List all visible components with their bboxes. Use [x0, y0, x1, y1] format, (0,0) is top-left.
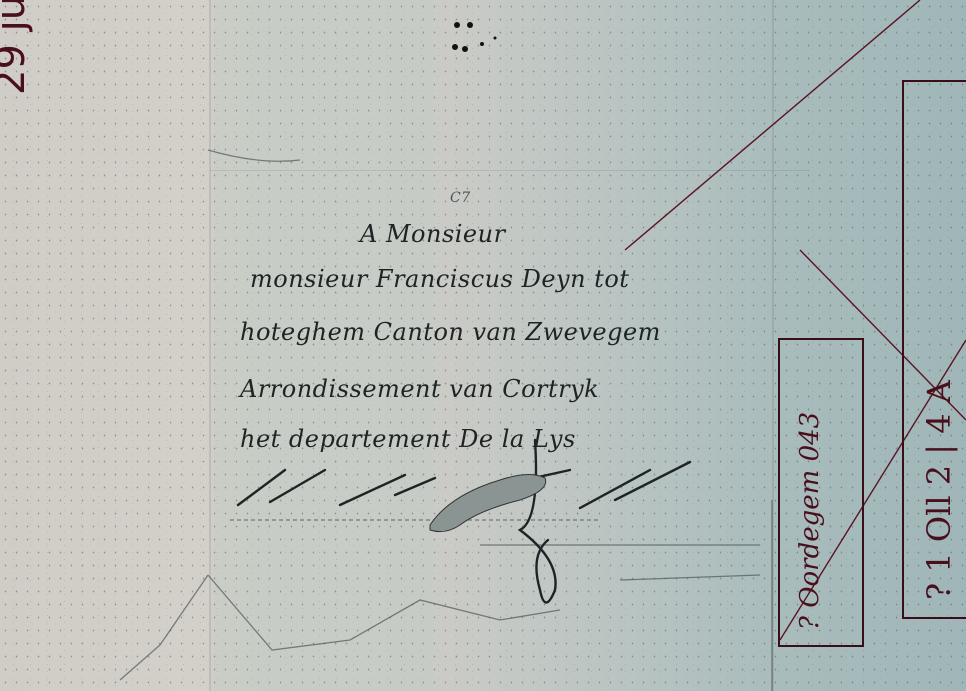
address-line-3: hoteghem Canton van Zwevegem	[240, 318, 661, 346]
archival-label-right-text: ? 1 Oll 2 | 4 A	[920, 380, 958, 600]
address-line-2: monsieur Franciscus Deyn tot	[250, 265, 629, 293]
stamp-mark: C7	[450, 190, 471, 206]
address-line-5: het departement De la Lys	[240, 425, 576, 453]
address-line-1: A Monsieur	[360, 220, 506, 248]
address-line-4: Arrondissement van Cortryk	[240, 375, 599, 403]
archival-label-left-text: ? Oordegem 043	[795, 412, 825, 630]
margin-note: 29 jun	[0, 0, 34, 95]
scanned-document: 29 jun C7 A Monsieur monsieur Franciscus…	[0, 0, 966, 691]
ink-dots	[452, 22, 497, 52]
